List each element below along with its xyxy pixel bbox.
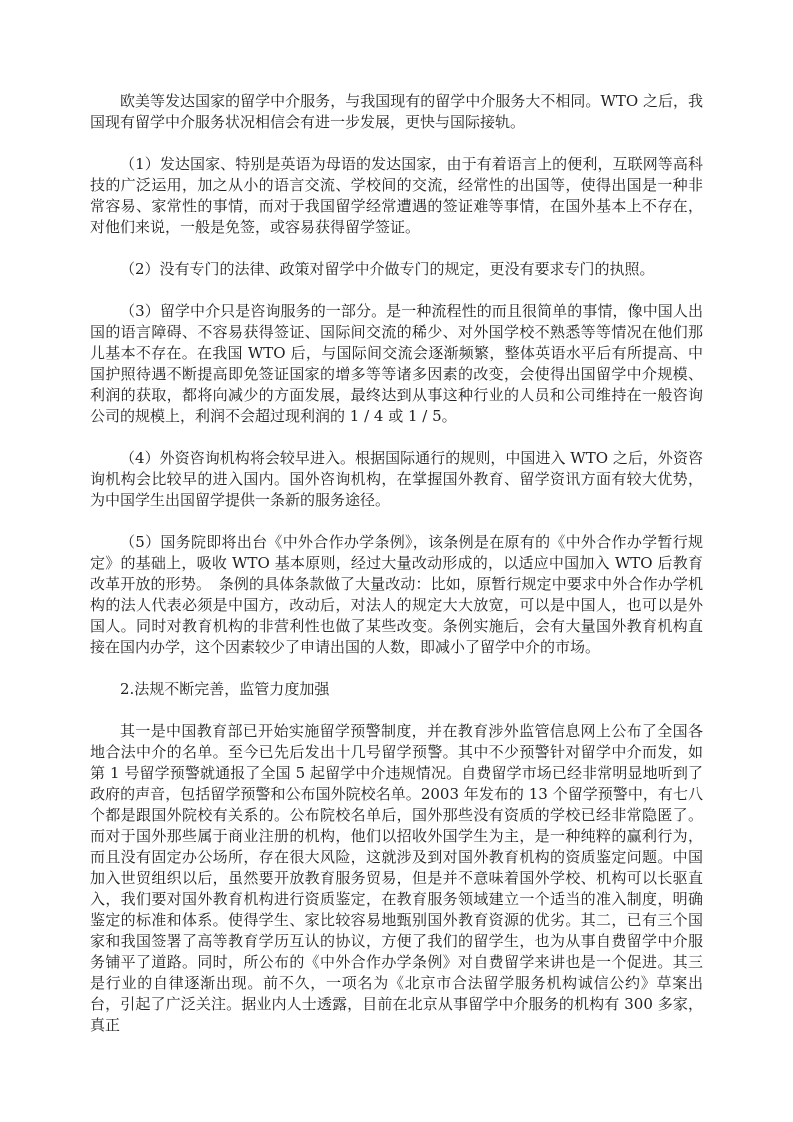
paragraph-point-4: （4）外资咨询机构将会较早进入。根据国际通行的规则，中国进入 WTO 之后，外资… xyxy=(90,448,703,511)
paragraph-point-3: （3）留学中介只是咨询服务的一部分。是一种流程性的而且很简单的事情，像中国人出国… xyxy=(90,301,703,427)
paragraph-point-1: （1）发达国家、特别是英语为母语的发达国家，由于有着语言上的便利，互联网等高科技… xyxy=(90,154,703,238)
paragraph-point-2: （2）没有专门的法律、政策对留学中介做专门的规定，更没有要求专门的执照。 xyxy=(90,259,703,280)
paragraph-regulation-detail: 其一是中国教育部已开始实施留学预警制度，并在教育涉外监管信息网上公布了全国各地合… xyxy=(90,721,703,1036)
paragraph-point-5: （5）国务院即将出台《中外合作办学条例》，该条例是在原有的《中外合作办学暂行规定… xyxy=(90,532,703,658)
document-page: 欧美等发达国家的留学中介服务，与我国现有的留学中介服务大不相同。WTO 之后，我… xyxy=(0,0,793,1122)
paragraph-intro: 欧美等发达国家的留学中介服务，与我国现有的留学中介服务大不相同。WTO 之后，我… xyxy=(90,91,703,133)
section-heading: 2.法规不断完善，监管力度加强 xyxy=(90,679,703,700)
